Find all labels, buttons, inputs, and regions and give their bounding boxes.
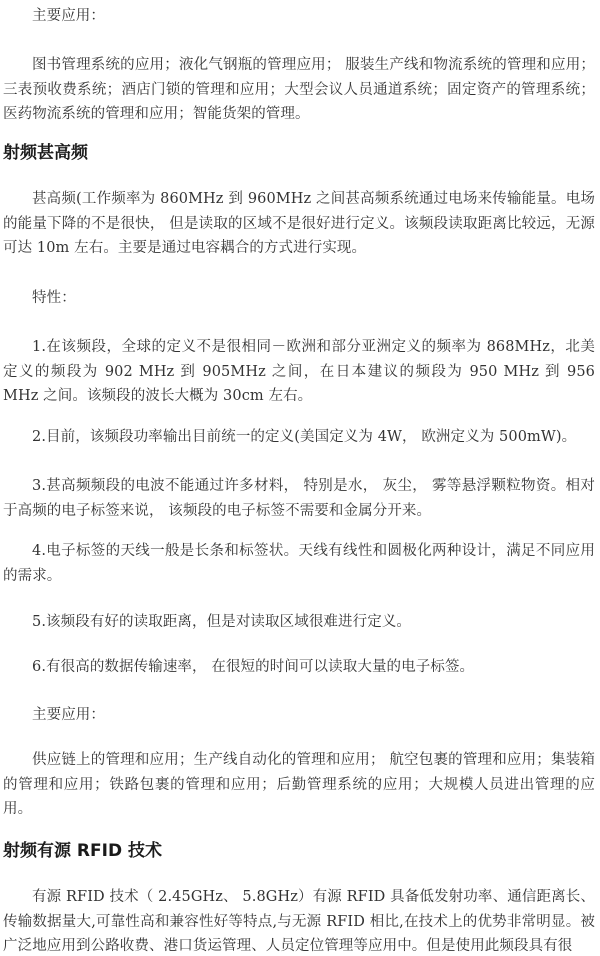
feature-item-4: 4.电子标签的天线一般是长条和标签状。天线有线性和圆极化两种设计，满足不同应用的…: [3, 539, 595, 588]
features-label: 特性：: [3, 286, 595, 311]
feature-item-1: 1.在该频段，全球的定义不是很相同－欧洲和部分亚洲定义的频率为 868MHz，北…: [3, 335, 595, 409]
feature-item-5: 5.该频段有好的读取距离，但是对读取区域很难进行定义。: [3, 610, 595, 635]
section-heading-uhf: 射频甚高频: [3, 141, 88, 165]
applications-paragraph-1: 图书管理系统的应用；液化气钢瓶的管理应用； 服装生产线和物流系统的管理和应用；三…: [3, 53, 595, 127]
applications-label-1: 主要应用：: [3, 4, 595, 29]
feature-item-6: 6.有很高的数据传输速率， 在很短的时间可以读取大量的电子标签。: [3, 655, 595, 680]
applications-label-2: 主要应用：: [3, 703, 595, 728]
applications-paragraph-2: 供应链上的管理和应用；生产线自动化的管理和应用； 航空包裹的管理和应用；集装箱的…: [3, 748, 595, 822]
section-heading-active-rfid: 射频有源 RFID 技术: [3, 839, 162, 863]
feature-item-3: 3.甚高频频段的电波不能通过许多材料， 特别是水， 灰尘， 雾等悬浮颗粒物资。相…: [3, 474, 595, 523]
feature-item-2: 2.目前，该频段功率输出目前统一的定义(美国定义为 4W， 欧洲定义为 500m…: [3, 425, 595, 450]
uhf-intro-paragraph: 甚高频(工作频率为 860MHz 到 960MHz 之间甚高频系统通过电场来传输…: [3, 187, 595, 261]
active-rfid-paragraph: 有源 RFID 技术（ 2.45GHz、 5.8GHz）有源 RFID 具备低发…: [3, 885, 595, 956]
